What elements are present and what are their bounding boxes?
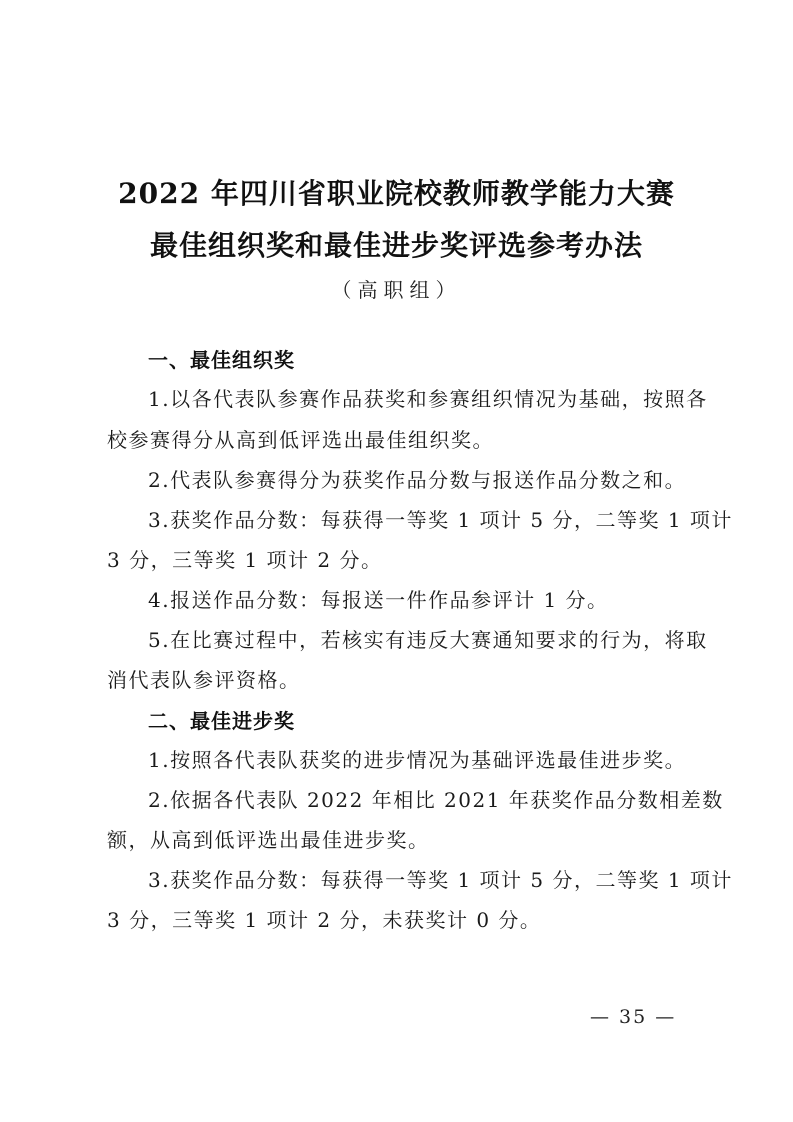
paragraph-line: 4.报送作品分数：每报送一件作品参评计 1 分。: [148, 584, 693, 613]
paragraph-line: 3.获奖作品分数：每获得一等奖 1 项计 5 分，二等奖 1 项计: [148, 504, 693, 533]
paragraph-line: 5.在比赛过程中，若核实有违反大赛通知要求的行为，将取: [148, 624, 693, 653]
document-subtitle: （高职组）: [0, 274, 793, 303]
paragraph-line: 1.按照各代表队获奖的进步情况为基础评选最佳进步奖。: [148, 744, 693, 773]
paragraph-line: 额，从高到低评选出最佳进步奖。: [107, 824, 430, 853]
paragraph-line: 2.依据各代表队 2022 年相比 2021 年获奖作品分数相差数: [148, 784, 693, 813]
section-heading-best-progress: 二、最佳进步奖: [148, 705, 295, 734]
page-number: — 35 —: [590, 1006, 676, 1028]
document-page: 2022 年四川省职业院校教师教学能力大赛 最佳组织奖和最佳进步奖评选参考办法 …: [0, 0, 793, 1122]
paragraph-line: 3 分，三等奖 1 项计 2 分，未获奖计 0 分。: [107, 904, 541, 933]
paragraph-line: 3 分，三等奖 1 项计 2 分。: [107, 544, 382, 573]
document-title-line-2: 最佳组织奖和最佳进步奖评选参考办法: [0, 224, 793, 264]
paragraph-line: 1.以各代表队参赛作品获奖和参赛组织情况为基础，按照各: [148, 383, 693, 412]
paragraph-line: 校参赛得分从高到低评选出最佳组织奖。: [107, 424, 494, 453]
section-heading-best-organization: 一、最佳组织奖: [148, 344, 295, 373]
paragraph-line: 2.代表队参赛得分为获奖作品分数与报送作品分数之和。: [148, 464, 693, 493]
paragraph-line: 消代表队参评资格。: [107, 664, 301, 693]
paragraph-line: 3.获奖作品分数：每获得一等奖 1 项计 5 分，二等奖 1 项计: [148, 864, 693, 893]
document-title-line-1: 2022 年四川省职业院校教师教学能力大赛: [0, 172, 793, 212]
